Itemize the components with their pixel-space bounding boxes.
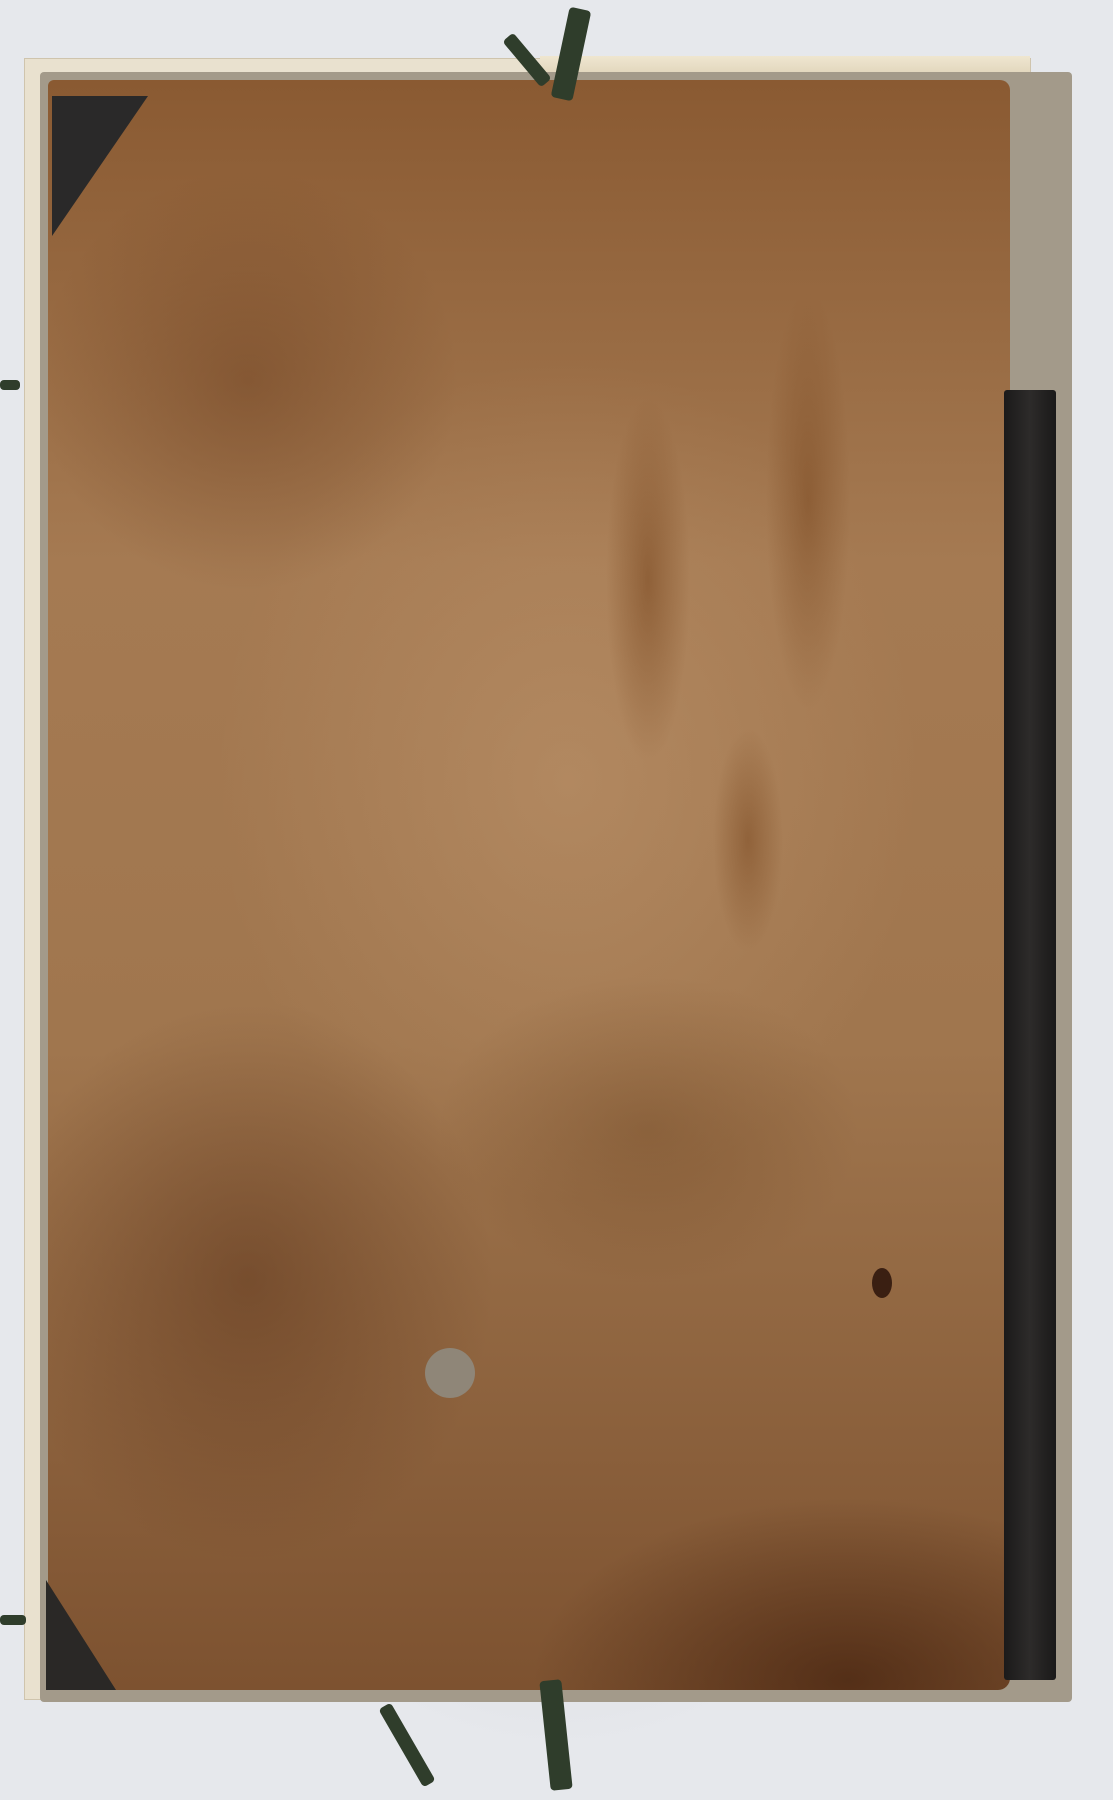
round-stain xyxy=(425,1348,475,1398)
green-tie-left-lower xyxy=(0,1615,26,1625)
black-cloth-spine xyxy=(1004,390,1056,1680)
dark-spot xyxy=(872,1268,892,1298)
book-cover xyxy=(48,80,1010,1690)
green-tie-left-upper xyxy=(0,380,20,390)
